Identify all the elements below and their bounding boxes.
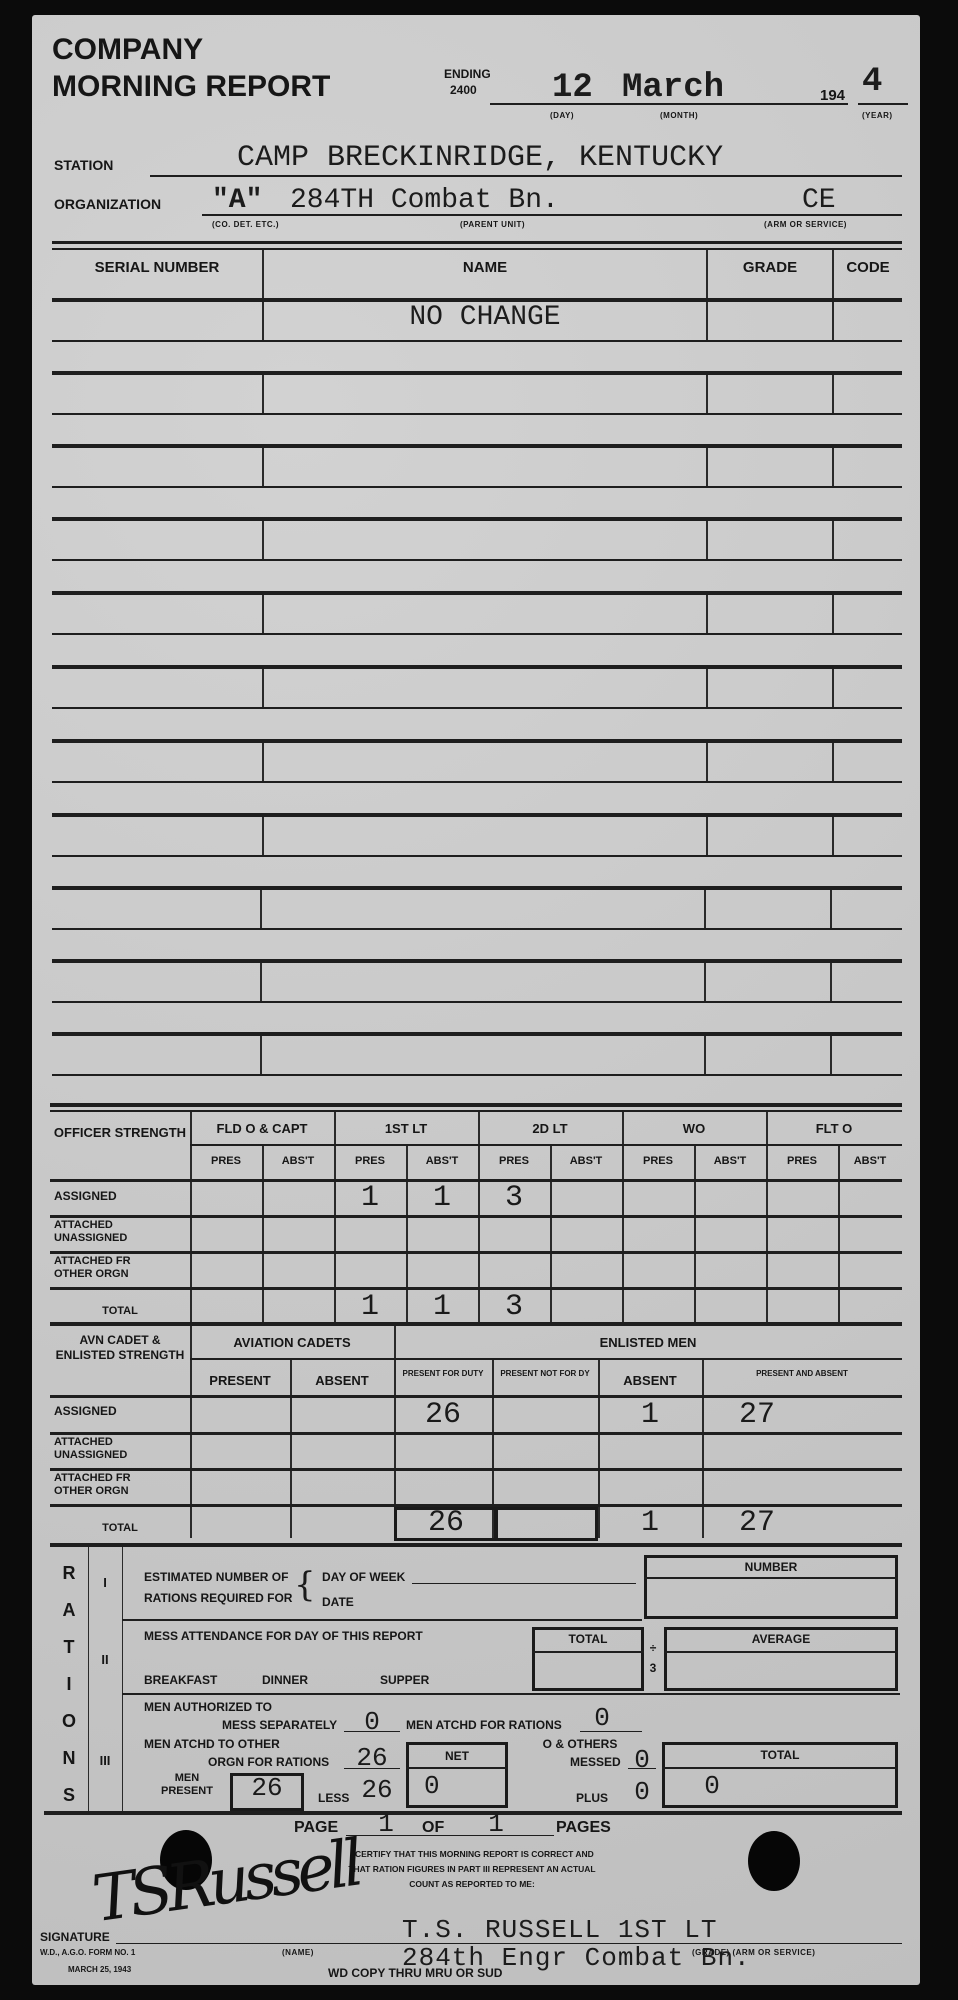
col-name: NAME	[264, 259, 706, 276]
ending-label: ENDING	[444, 67, 491, 81]
part2-title: MESS ATTENDANCE FOR DAY OF THIS REPORT	[144, 1629, 423, 1643]
men-present-label: MENPRESENT	[144, 1772, 230, 1798]
sub-absent: ABSENT	[290, 1373, 394, 1388]
of-label: OF	[422, 1819, 444, 1837]
report-day: 12	[552, 69, 593, 107]
total-present-and-absent: 27	[702, 1506, 812, 1540]
row-label-attached-unassigned: ATTACHED UNASSIGNED	[54, 1436, 164, 1462]
col-code: CODE	[834, 259, 902, 276]
arm-caption: (ARM OR SERVICE)	[764, 220, 847, 229]
sub-abst: ABS'T	[550, 1155, 622, 1167]
total-1st-lt-abs: 1	[406, 1290, 478, 1324]
form-title-line1: COMPANY	[52, 33, 203, 67]
part3-numeral: III	[88, 1753, 122, 1768]
date-label: DATE	[322, 1595, 354, 1609]
average-label: AVERAGE	[664, 1632, 898, 1646]
station-value: CAMP BRECKINRIDGE, KENTUCKY	[237, 141, 723, 175]
total-2d-lt-pres: 3	[478, 1290, 550, 1324]
assigned-present-for-duty: 26	[394, 1398, 492, 1432]
auth-line2: MESS SEPARATELY	[222, 1718, 337, 1732]
month-caption: (MONTH)	[660, 111, 698, 120]
part1-text2: RATIONS REQUIRED FOR	[144, 1591, 292, 1605]
assigned-2d-lt-pres: 3	[478, 1181, 550, 1215]
organization-arm: CE	[802, 185, 836, 216]
total-1st-lt-pres: 1	[334, 1290, 406, 1324]
assigned-present-and-absent: 27	[702, 1398, 812, 1432]
mess-total-label: TOTAL	[532, 1632, 644, 1646]
sub-abst: ABS'T	[694, 1155, 766, 1167]
net-label: NET	[406, 1749, 508, 1763]
organization-label: ORGANIZATION	[54, 196, 161, 212]
o-others-line2: MESSED	[570, 1755, 621, 1769]
year-caption: (YEAR)	[862, 111, 893, 120]
day-of-week-label: DAY OF WEEK	[322, 1570, 405, 1584]
group-flt-o: FLT O	[766, 1121, 902, 1136]
assigned-1st-lt-abs: 1	[406, 1181, 478, 1215]
sub-present-not-for-duty: PRESENT NOT FOR DY	[496, 1367, 594, 1380]
atchd-other-line2: ORGN FOR RATIONS	[208, 1755, 329, 1769]
page-total: 1	[476, 1809, 516, 1839]
page-number: 1	[366, 1809, 406, 1839]
o-others-line1: O & OTHERS	[530, 1737, 630, 1751]
group-2d-lt: 2D LT	[478, 1121, 622, 1136]
atchd-rations-value: 0	[572, 1703, 632, 1733]
sub-abst: ABS'T	[406, 1155, 478, 1167]
organization-company: "A"	[212, 185, 262, 216]
group-wo: WO	[622, 1121, 766, 1136]
form-title-line2: MORNING REPORT	[52, 70, 330, 104]
group-1st-lt: 1ST LT	[334, 1121, 478, 1136]
plus-value: 0	[622, 1777, 662, 1807]
sub-pres: PRES	[766, 1155, 838, 1167]
rations-total-label: TOTAL	[662, 1748, 898, 1762]
form-date: MARCH 25, 1943	[68, 1965, 131, 1974]
less-value: 26	[348, 1775, 406, 1805]
enlisted-strength-header: AVN CADET & ENLISTED STRENGTH	[50, 1333, 190, 1363]
atchd-rations-label: MEN ATCHD FOR RATIONS	[406, 1718, 562, 1732]
atchd-other-value: 26	[342, 1743, 402, 1773]
rations-total-value: 0	[662, 1771, 762, 1801]
auth-line1: MEN AUTHORIZED TO	[144, 1700, 272, 1714]
less-label: LESS	[318, 1791, 349, 1805]
part1-text1: ESTIMATED NUMBER OF	[144, 1570, 288, 1584]
organization-parent-unit: 284TH Combat Bn.	[290, 185, 559, 216]
sub-pres: PRES	[478, 1155, 550, 1167]
net-value: 0	[424, 1771, 440, 1801]
sub-pres: PRES	[334, 1155, 406, 1167]
name-caption: (NAME)	[282, 1948, 314, 1957]
sub-pres: PRES	[190, 1155, 262, 1167]
men-present-value: 26	[230, 1773, 304, 1803]
year-digit: 4	[862, 63, 882, 101]
supper-label: SUPPER	[380, 1673, 429, 1687]
col-serial-number: SERIAL NUMBER	[52, 259, 262, 276]
brace: {	[294, 1565, 316, 1605]
total-present-for-duty: 26	[394, 1506, 498, 1540]
handwritten-signature: TSRussell	[88, 1827, 362, 1937]
total-absent: 1	[598, 1506, 702, 1540]
plus-label: PLUS	[576, 1791, 608, 1805]
assigned-1st-lt-pres: 1	[334, 1181, 406, 1215]
number-label: NUMBER	[644, 1560, 898, 1574]
signer-typed-name: T.S. RUSSELL 1ST LT	[402, 1915, 717, 1945]
assigned-absent: 1	[598, 1398, 702, 1432]
sub-abst: ABS'T	[838, 1155, 902, 1167]
form-number: W.D., A.G.O. FORM NO. 1	[40, 1948, 135, 1957]
grade-caption: (GRADE) (ARM OR SERVICE)	[692, 1948, 815, 1957]
part2-numeral: II	[88, 1652, 122, 1667]
atchd-other-line1: MEN ATCHD TO OTHER	[144, 1737, 280, 1751]
table-row-name: NO CHANGE	[264, 302, 706, 333]
punch-hole-right	[748, 1831, 800, 1891]
day-caption: (DAY)	[550, 111, 574, 120]
row-label-attached-unassigned: ATTACHED UNASSIGNED	[54, 1219, 164, 1245]
o-others-value: 0	[622, 1745, 662, 1775]
divide-by: 3	[644, 1661, 662, 1675]
sub-present-for-duty: PRESENT FOR DUTY	[398, 1367, 488, 1380]
pages-label: PAGES	[556, 1819, 611, 1837]
sub-present-and-absent: PRESENT AND ABSENT	[722, 1367, 882, 1380]
year-prefix: 194	[820, 87, 845, 104]
row-label-assigned: ASSIGNED	[54, 1189, 117, 1203]
row-label-assigned: ASSIGNED	[54, 1404, 117, 1418]
morning-report-form: COMPANY MORNING REPORT ENDING 2400 12 Ma…	[32, 15, 920, 1985]
officer-strength-header: OFFICER STRENGTH	[50, 1125, 190, 1141]
sub-absent-em: ABSENT	[598, 1373, 702, 1388]
total-pnfd-box	[494, 1507, 598, 1541]
sub-abst: ABS'T	[262, 1155, 334, 1167]
group-enlisted-men: ENLISTED MEN	[394, 1335, 902, 1350]
sub-pres: PRES	[622, 1155, 694, 1167]
company-caption: (CO. DET. ETC.)	[212, 220, 279, 229]
auth-value: 0	[342, 1707, 402, 1737]
ending-time: 2400	[450, 83, 477, 97]
rations-side-label: RATIONS	[50, 1555, 88, 1814]
group-aviation-cadets: AVIATION CADETS	[190, 1335, 394, 1350]
row-label-attached-other: ATTACHED FR OTHER ORGN	[54, 1255, 164, 1281]
breakfast-label: BREAKFAST	[144, 1673, 217, 1687]
row-label-total: TOTAL	[50, 1305, 190, 1317]
wd-copy-label: WD COPY THRU MRU OR SUD	[328, 1966, 502, 1980]
station-label: STATION	[54, 157, 113, 173]
divide-sign: ÷	[644, 1641, 662, 1655]
col-grade: GRADE	[708, 259, 832, 276]
group-fld-o-capt: FLD O & CAPT	[190, 1121, 334, 1136]
part1-numeral: I	[88, 1575, 122, 1590]
row-label-total: TOTAL	[50, 1522, 190, 1534]
report-month: March	[622, 69, 724, 107]
parent-caption: (PARENT UNIT)	[460, 220, 525, 229]
sub-present: PRESENT	[190, 1373, 290, 1388]
row-label-attached-other: ATTACHED FR OTHER ORGN	[54, 1472, 164, 1498]
dinner-label: DINNER	[262, 1673, 308, 1687]
